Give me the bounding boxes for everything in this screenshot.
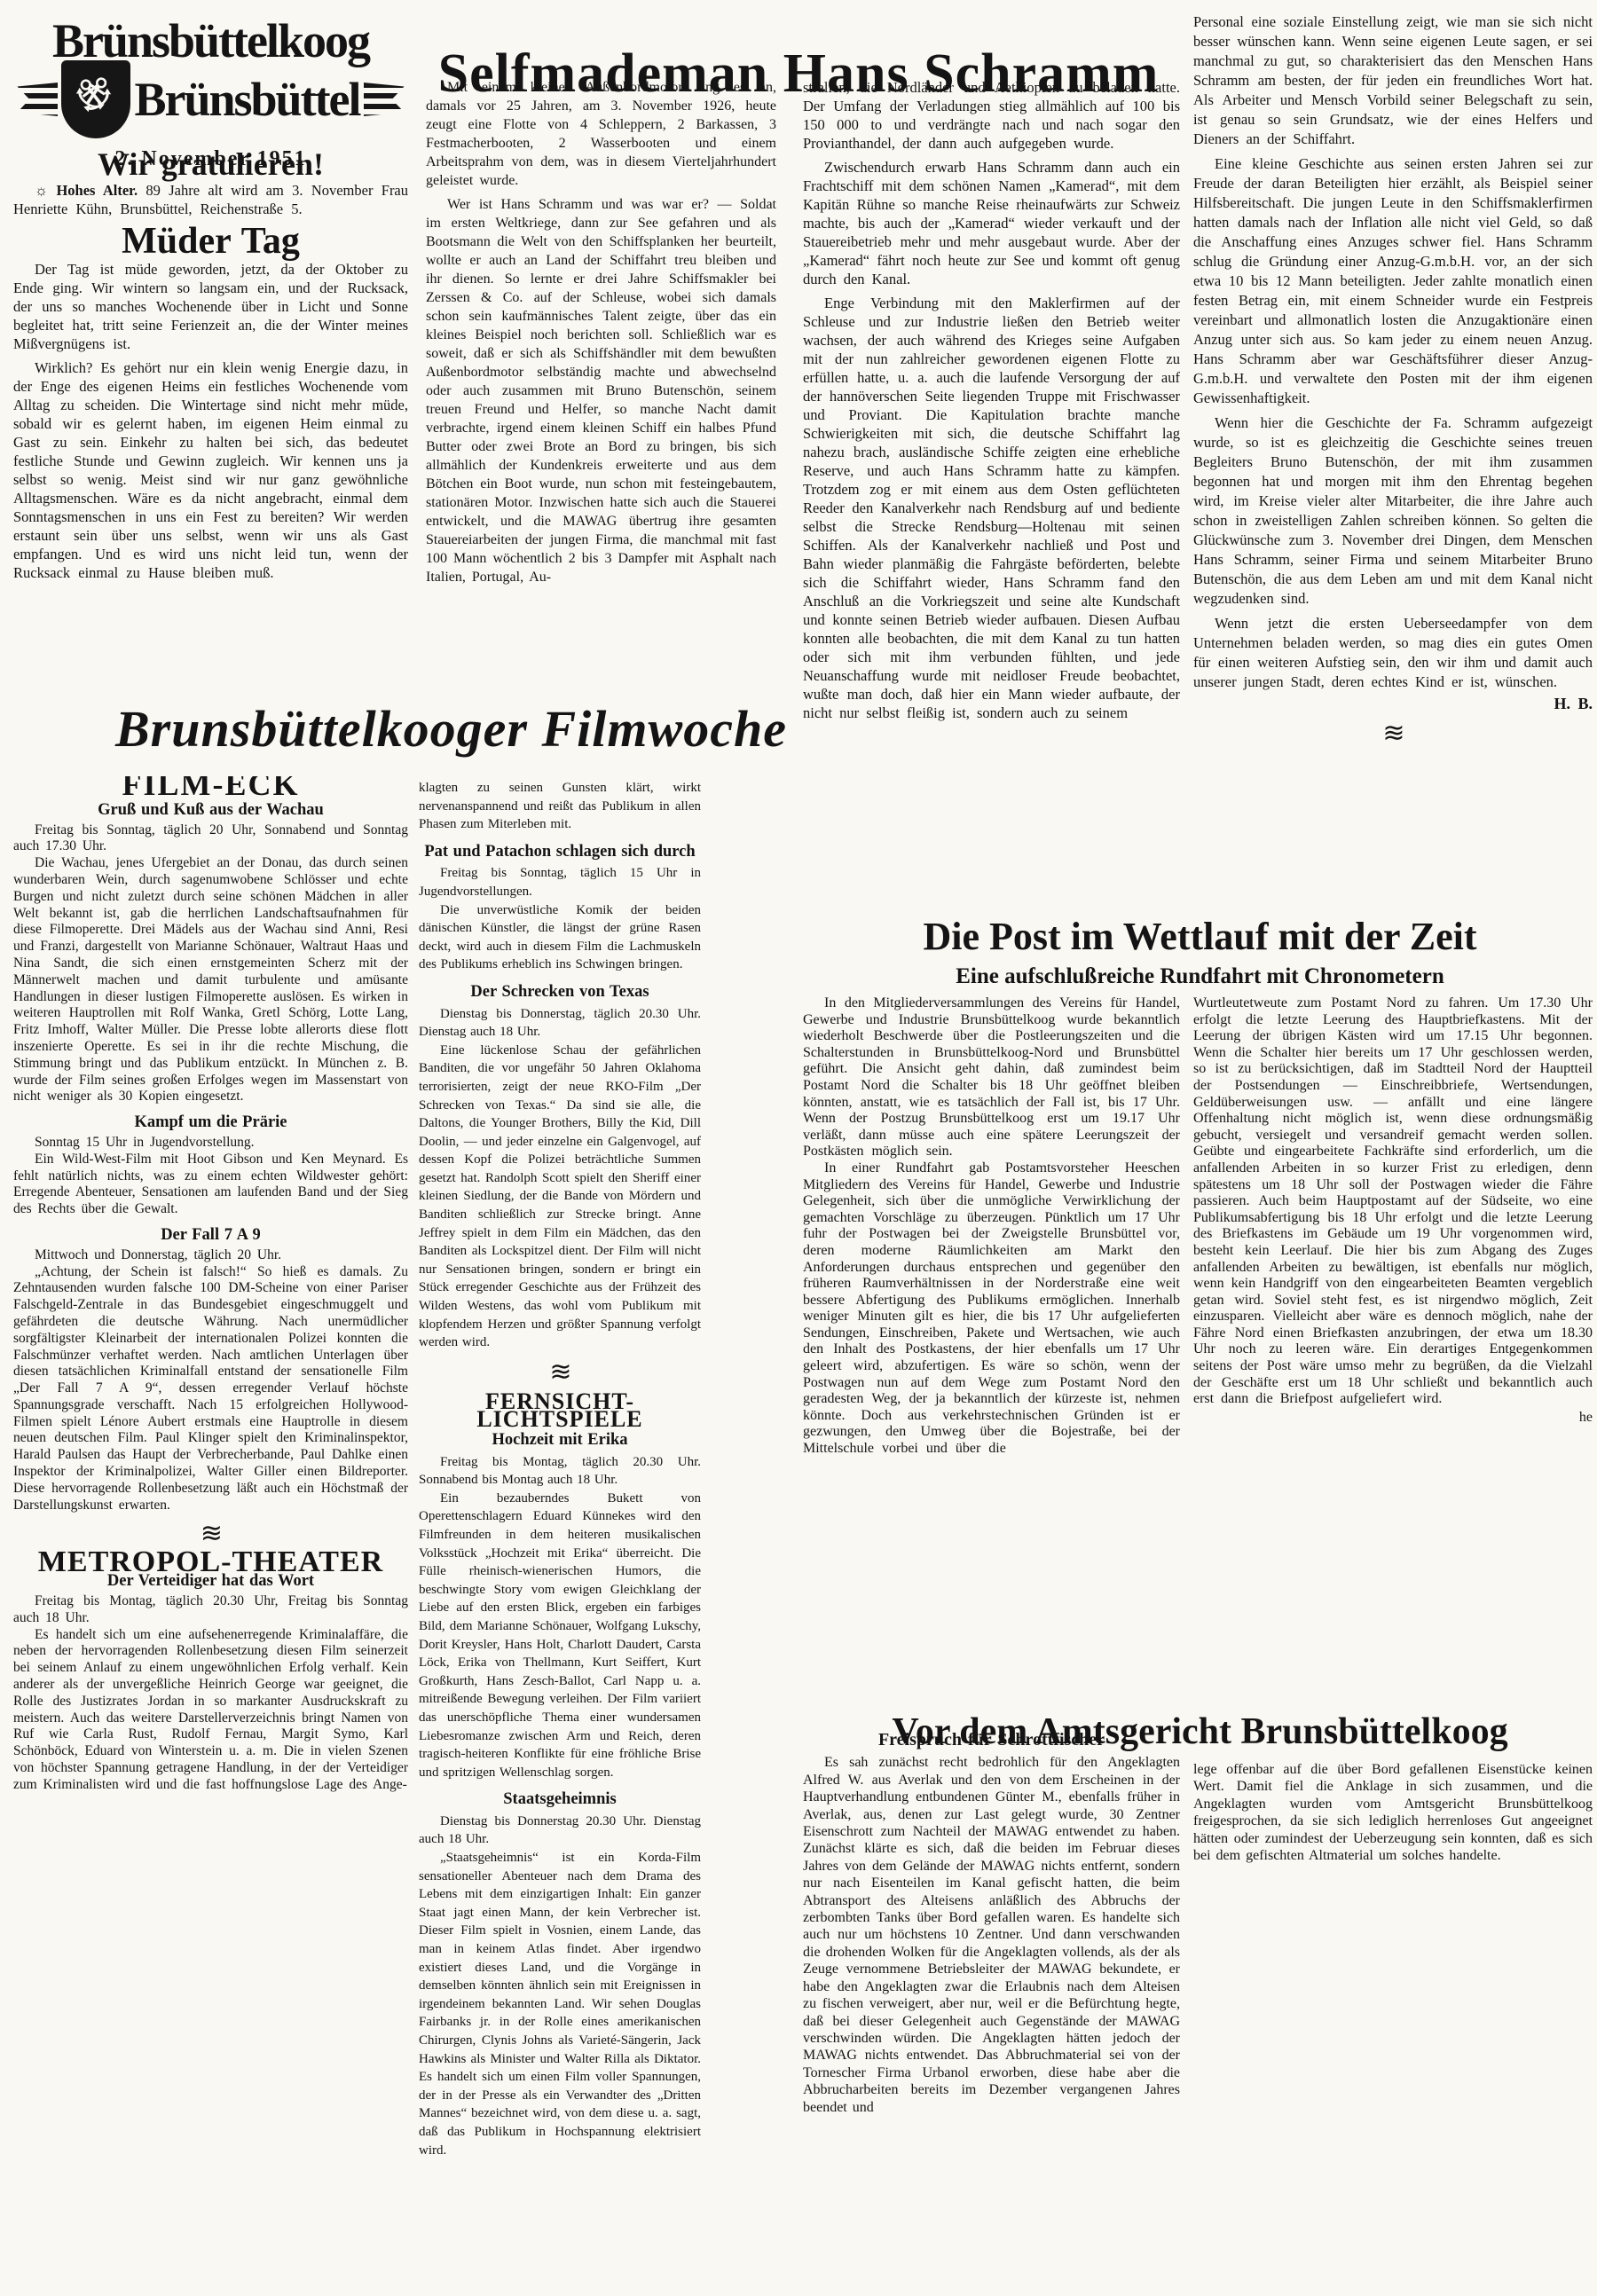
film-time-praerie: Sonntag 15 Uhr in Jugendvorstellung. <box>13 1135 408 1152</box>
post-headline: Die Post im Wettlauf mit der Zeit <box>803 914 1597 959</box>
film-body-fall7a9: „Achtung, der Schein ist falsch!“ So hie… <box>13 1264 408 1514</box>
schramm-b1: Zwischendurch erwarb Hans Schramm dann a… <box>803 158 1180 288</box>
amtsgericht-column-2: lege offenbar auf die über Bord gefallen… <box>1193 1761 1593 2293</box>
film-head-staatsgeheimnis: Staatsgeheimnis <box>419 1790 701 1809</box>
post-article-header: Die Post im Wettlauf mit der Zeit Eine a… <box>803 914 1597 989</box>
amtsgericht-body-1: Es sah zunächst recht bedrohlich für den… <box>803 1754 1180 2116</box>
wave-ornament-icon: ≋ <box>419 1359 701 1386</box>
filmeck-title: FILM-ECK <box>13 776 408 793</box>
film-time-erika: Freitag bis Montag, täglich 20.30 Uhr. S… <box>419 1453 701 1490</box>
schramm-column-a: Mit einem kleinen Außenbordmotor fing es… <box>426 78 776 739</box>
article-wir-gratulieren: Wir gratulieren! ☼ Hohes Alter. 89 Jahre… <box>13 155 408 582</box>
schramm-e1: Eine kleine Geschichte aus seinen ersten… <box>1193 154 1593 408</box>
newspaper-page: Brünsbüttelkoog ⚓ ⚓ Brünsbüttel 2. Novem… <box>0 0 1597 2296</box>
film-body-pat-patachon: Die unverwüstliche Komik der beiden däni… <box>419 901 701 974</box>
schramm-b0: stralien, die Nordländer und Aethiopien … <box>803 78 1180 153</box>
wave-ornament-icon: ≋ <box>13 1521 408 1547</box>
film-time-pat-patachon: Freitag bis Sonntag, täglich 15 Uhr in J… <box>419 864 701 900</box>
wave-ornament-icon: ≋ <box>1193 720 1593 747</box>
schramm-e0: Personal eine soziale Einstellung zeigt,… <box>1193 12 1593 149</box>
crossed-anchors-shield-icon: ⚓ ⚓ <box>61 60 130 138</box>
pennant-flag-right-icon <box>364 83 405 116</box>
film-body-texas: Eine lückenlose Schau der gefährlichen B… <box>419 1042 701 1352</box>
film-head-pat-patachon: Pat und Patachon schlagen sich durch <box>419 843 701 861</box>
masthead-row2: ⚓ ⚓ Brünsbüttel <box>13 60 408 138</box>
schramm-b2: Enge Verbindung mit den Maklerfirmen auf… <box>803 294 1180 722</box>
masthead-title-line1: Brünsbüttelkoog <box>13 16 408 66</box>
post-column-2: Wurtleutetweute zum Postamt Nord zu fahr… <box>1193 995 1593 1680</box>
post-subtitle: Eine aufschlußreiche Rundfahrt mit Chron… <box>803 964 1597 989</box>
schramm-e3: Wenn jetzt die ersten Ueberseedampfer vo… <box>1193 614 1593 692</box>
film-head-texas: Der Schrecken von Texas <box>419 983 701 1002</box>
film-time-texas: Dienstag bis Donnerstag, täglich 20.30 U… <box>419 1005 701 1042</box>
metropol-theater-title: METROPOL-THEATER <box>13 1554 408 1571</box>
film-body-staatsgeheimnis: „Staatsgeheimnis“ ist ein Korda-Film sen… <box>419 1849 701 2159</box>
filmwoche-script-title: Brunsbüttelkooger Filmwoche <box>115 699 710 759</box>
film-body-praerie: Ein Wild-West-Film mit Hoot Gibson und K… <box>13 1152 408 1218</box>
schramm-a1: Mit einem kleinen Außenbordmotor fing es… <box>426 78 776 190</box>
filmeck-column-2: klagten zu seinen Gunsten klärt, wirkt n… <box>419 779 701 2296</box>
post-p1: In den Mitgliederversammlungen des Verei… <box>803 995 1180 1160</box>
wir-gratulieren-title: Wir gratulieren! <box>13 155 408 174</box>
mueder-tag-title: Müder Tag <box>13 232 408 251</box>
film-time-staatsgeheimnis: Dienstag bis Donnerstag 20.30 Uhr. Diens… <box>419 1812 701 1849</box>
film-head-fall7a9: Der Fall 7 A 9 <box>13 1227 408 1244</box>
film-head-praerie: Kampf um die Prärie <box>13 1114 408 1131</box>
schramm-column-b: stralien, die Nordländer und Aethiopien … <box>803 78 1180 899</box>
mueder-tag-p1: Der Tag ist müde geworden, jetzt, da der… <box>13 260 408 353</box>
post-p2: In einer Rundfahrt gab Postamtsvorsteher… <box>803 1160 1180 1458</box>
film-body-wachau: Die Wachau, jenes Ufergebiet an der Dona… <box>13 855 408 1105</box>
pennant-flag-left-icon <box>17 83 58 116</box>
schramm-e2: Wenn hier die Geschichte der Fa. Schramm… <box>1193 413 1593 609</box>
film-body-erika: Ein bezauberndes Bukett von Operettensch… <box>419 1490 701 1782</box>
amtsgericht-column-1: Freispruch für Schrottfischer Es sah zun… <box>803 1732 1180 2292</box>
post-continuation: Wurtleutetweute zum Postamt Nord zu fahr… <box>1193 995 1593 1408</box>
schramm-a2: Wer ist Hans Schramm und was war er? — S… <box>426 195 776 586</box>
amtsgericht-subhead: Freispruch für Schrottfischer <box>803 1732 1180 1749</box>
film-head-wachau: Gruß und Kuß aus der Wachau <box>13 802 408 819</box>
schramm-column-c: Personal eine soziale Einstellung zeigt,… <box>1193 12 1593 922</box>
post-column-1: In den Mitgliederversammlungen des Verei… <box>803 995 1180 1680</box>
film-time-fall7a9: Mittwoch und Donnerstag, täglich 20 Uhr. <box>13 1247 408 1264</box>
verteidiger-continuation: klagten zu seinen Gunsten klärt, wirkt n… <box>419 779 701 834</box>
gratulieren-lead: Hohes Alter. <box>56 182 138 199</box>
film-body-verteidiger: Es handelt sich um eine aufsehenerregend… <box>13 1627 408 1794</box>
film-head-erika: Hochzeit mit Erika <box>419 1431 701 1450</box>
post-author-initials: he <box>1193 1410 1593 1427</box>
wir-gratulieren-text: ☼ Hohes Alter. 89 Jahre alt wird am 3. N… <box>13 181 408 218</box>
schramm-author-initials: H. B. <box>1193 694 1593 713</box>
amtsgericht-body-2: lege offenbar auf die über Bord gefallen… <box>1193 1761 1593 1864</box>
sun-star-icon: ☼ <box>35 182 48 199</box>
fernsicht-lichtspiele-title: FERNSICHT-LICHTSPIELE <box>419 1393 701 1429</box>
film-time-wachau: Freitag bis Sonntag, täglich 20 Uhr, Son… <box>13 822 408 856</box>
mueder-tag-p2: Wirklich? Es gehört nur ein klein wenig … <box>13 358 408 582</box>
filmeck-column: FILM-ECK Gruß und Kuß aus der Wachau Fre… <box>13 776 408 2296</box>
film-time-verteidiger: Freitag bis Montag, täglich 20.30 Uhr, F… <box>13 1593 408 1627</box>
masthead-title-line2: Brünsbüttel <box>134 75 359 124</box>
